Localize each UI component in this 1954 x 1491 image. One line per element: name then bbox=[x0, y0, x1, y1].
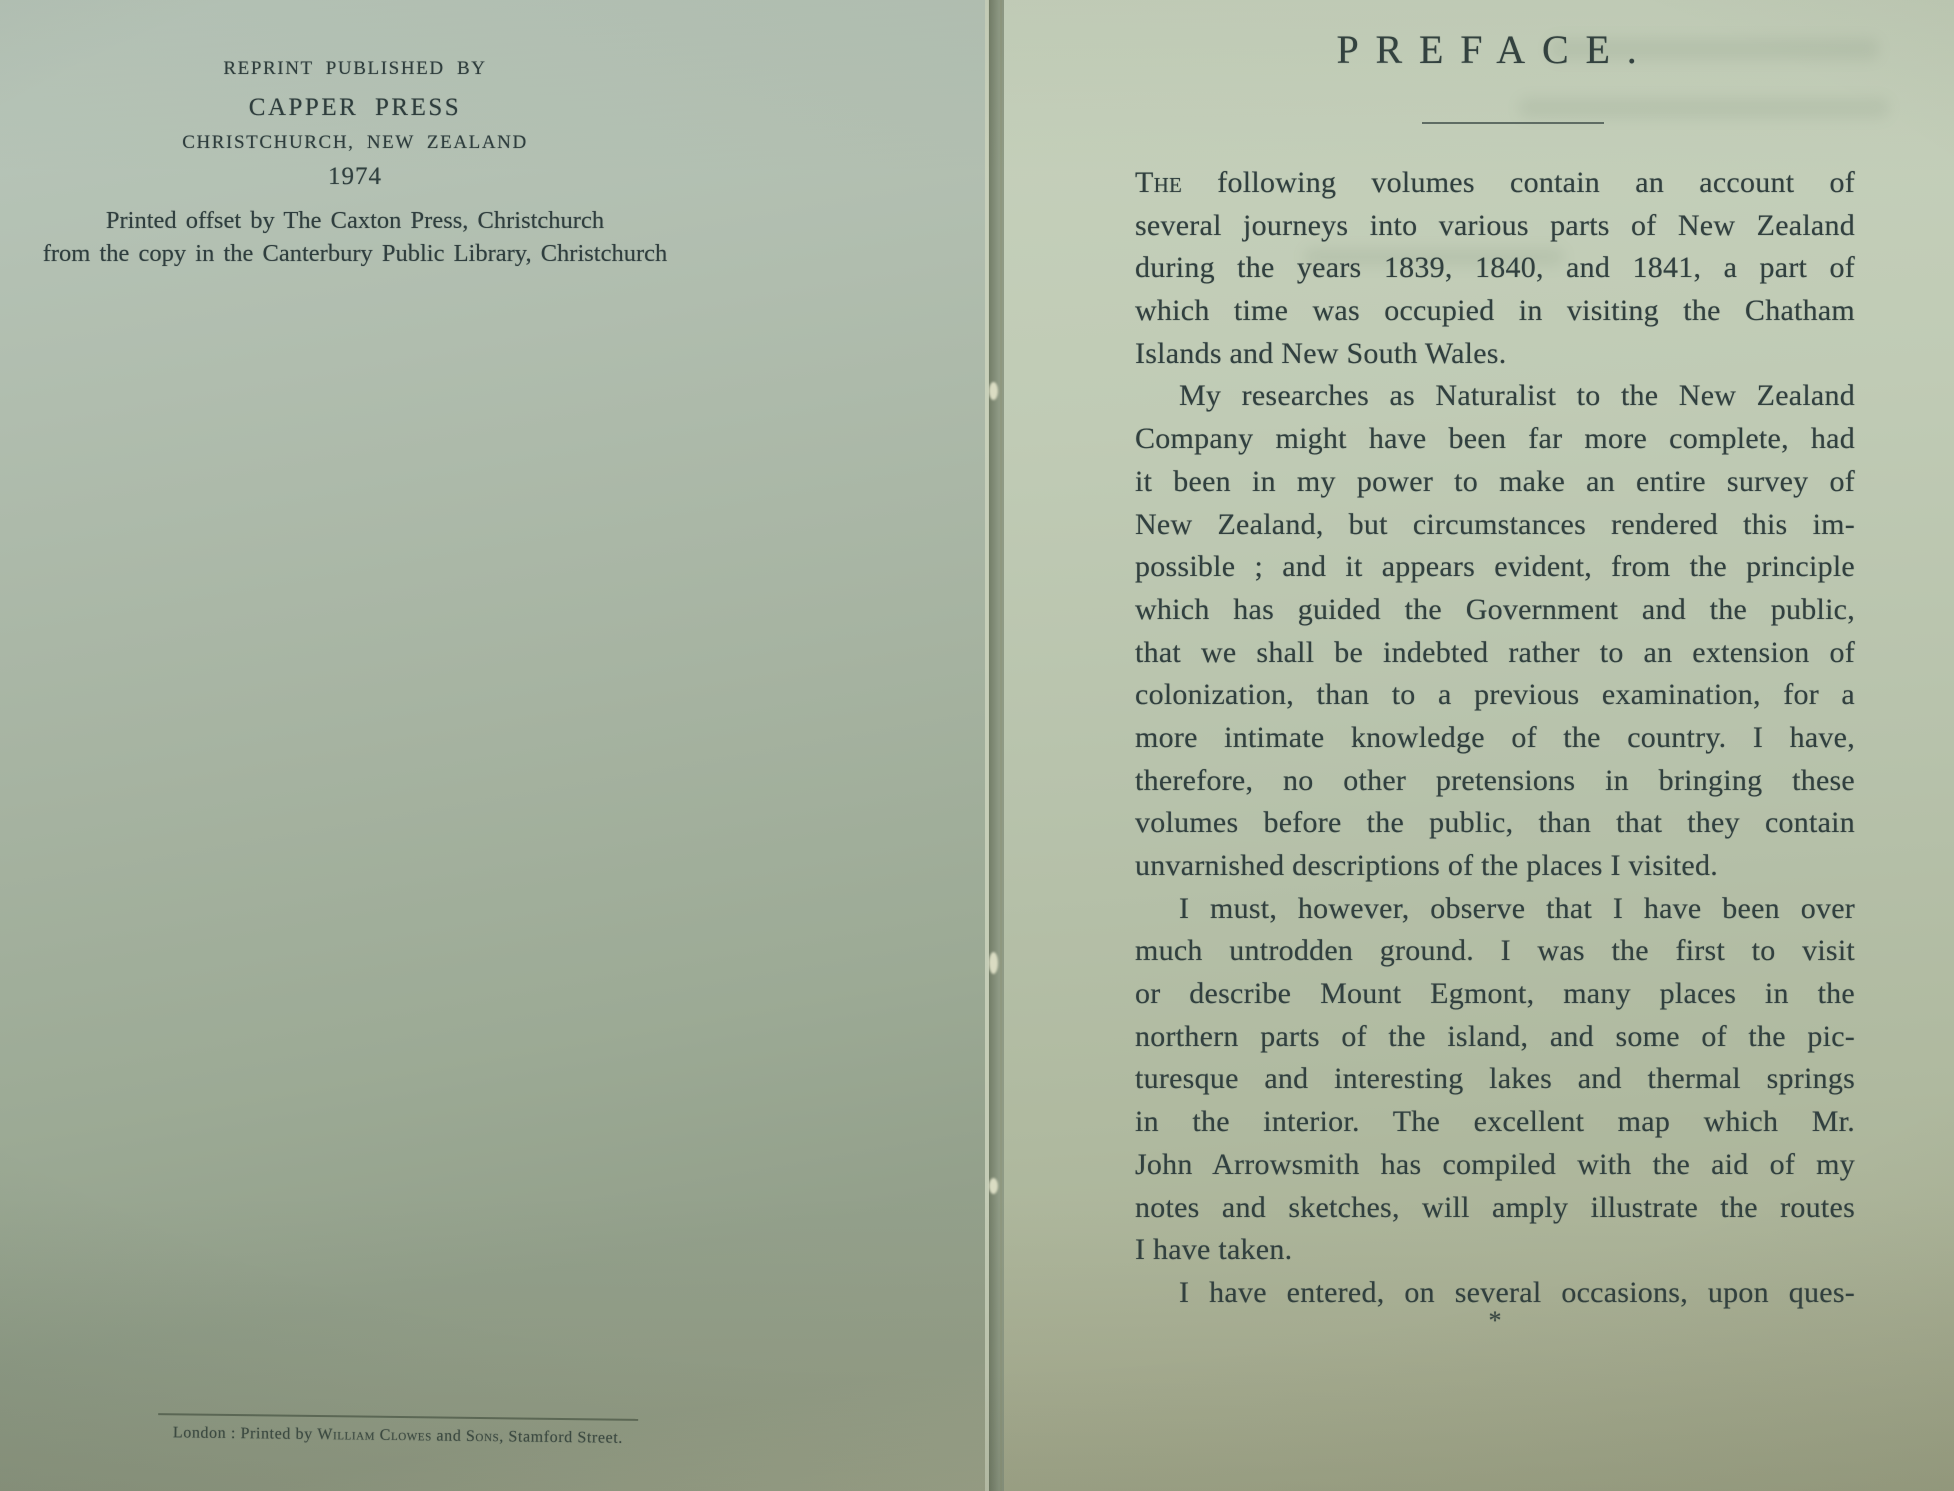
publication-year: 1974 bbox=[40, 163, 670, 191]
text-line-rest: following volumes contain an account of bbox=[1217, 166, 1855, 199]
reprint-line: REPRINT PUBLISHED BY bbox=[40, 58, 670, 80]
title-rule bbox=[1422, 122, 1604, 124]
lead-word: The bbox=[1135, 166, 1182, 199]
imprint-text: London : Printed by William Clowes and S… bbox=[158, 1424, 638, 1448]
text-line: that we shall be indebted rather to an e… bbox=[1135, 632, 1855, 675]
text-line: which time was occupied in visiting the … bbox=[1135, 290, 1855, 333]
text-line: more intimate knowledge of the country. … bbox=[1135, 717, 1855, 760]
text-line: John Arrowsmith has compiled with the ai… bbox=[1135, 1144, 1855, 1187]
text-line: northern parts of the island, and some o… bbox=[1135, 1016, 1855, 1059]
text-line: Islands and New South Wales. bbox=[1135, 333, 1855, 376]
text-line: New Zealand, but circumstances rendered … bbox=[1135, 504, 1855, 547]
printing-credit-line: Printed offset by The Caxton Press, Chri… bbox=[40, 204, 670, 237]
imprint-prefix: London : Printed by bbox=[173, 1424, 318, 1443]
text-line: colonization, than to a previous examina… bbox=[1135, 674, 1855, 717]
imprint-printer-name2: Sons bbox=[466, 1428, 500, 1445]
text-line: volumes before the public, than that the… bbox=[1135, 802, 1855, 845]
text-line: I must, however, observe that I have bee… bbox=[1135, 888, 1855, 931]
text-line: it been in my power to make an entire su… bbox=[1135, 461, 1855, 504]
right-page: PREFACE. The following volumes contain a… bbox=[1004, 0, 1954, 1491]
imprint-rule bbox=[158, 1413, 638, 1421]
imprint-printer-name: William Clowes bbox=[317, 1426, 432, 1444]
text-line: I have taken. bbox=[1135, 1229, 1855, 1272]
text-line: unvarnished descriptions of the places I… bbox=[1135, 845, 1855, 888]
book-photo: REPRINT PUBLISHED BY CAPPER PRESS CHRIST… bbox=[0, 0, 1954, 1491]
text-line: turesque and interesting lakes and therm… bbox=[1135, 1058, 1855, 1101]
text-line: My researches as Naturalist to the New Z… bbox=[1135, 375, 1855, 418]
footnote-asterisk: * bbox=[1135, 1306, 1855, 1336]
gutter-shadow bbox=[989, 0, 999, 1491]
publisher-location: CHRISTCHURCH, NEW ZEALAND bbox=[40, 132, 670, 154]
publisher-block: REPRINT PUBLISHED BY CAPPER PRESS CHRIST… bbox=[40, 58, 670, 191]
text-line: Company might have been far more complet… bbox=[1135, 418, 1855, 461]
text-line: much untrodden ground. I was the first t… bbox=[1135, 930, 1855, 973]
imprint-suffix: , Stamford Street. bbox=[499, 1428, 623, 1447]
printing-credit-line: from the copy in the Canterbury Public L… bbox=[40, 237, 670, 270]
text-line: notes and sketches, will amply illustrat… bbox=[1135, 1187, 1855, 1230]
printer-imprint: London : Printed by William Clowes and S… bbox=[158, 1413, 638, 1448]
text-line: several journeys into various parts of N… bbox=[1135, 205, 1855, 248]
text-line: which has guided the Government and the … bbox=[1135, 589, 1855, 632]
gutter-crease bbox=[1000, 0, 1002, 1491]
text-line: The following volumes contain an account… bbox=[1135, 162, 1855, 205]
tear-mark bbox=[989, 382, 998, 400]
show-through-smudge bbox=[1519, 98, 1889, 118]
text-line: possible ; and it appears evident, from … bbox=[1135, 546, 1855, 589]
text-line: in the interior. The excellent map which… bbox=[1135, 1101, 1855, 1144]
text-line: therefore, no other pretensions in bring… bbox=[1135, 760, 1855, 803]
page-title: PREFACE. bbox=[1135, 26, 1855, 73]
preface-text: The following volumes contain an account… bbox=[1135, 162, 1855, 1315]
imprint-conjunction: and bbox=[432, 1427, 466, 1444]
publisher-name: CAPPER PRESS bbox=[40, 94, 670, 122]
printing-credit-block: Printed offset by The Caxton Press, Chri… bbox=[40, 204, 670, 270]
tear-mark bbox=[989, 1178, 998, 1194]
tear-mark bbox=[989, 952, 998, 974]
text-line: or describe Mount Egmont, many places in… bbox=[1135, 973, 1855, 1016]
left-page: REPRINT PUBLISHED BY CAPPER PRESS CHRIST… bbox=[0, 0, 988, 1491]
text-line: during the years 1839, 1840, and 1841, a… bbox=[1135, 247, 1855, 290]
